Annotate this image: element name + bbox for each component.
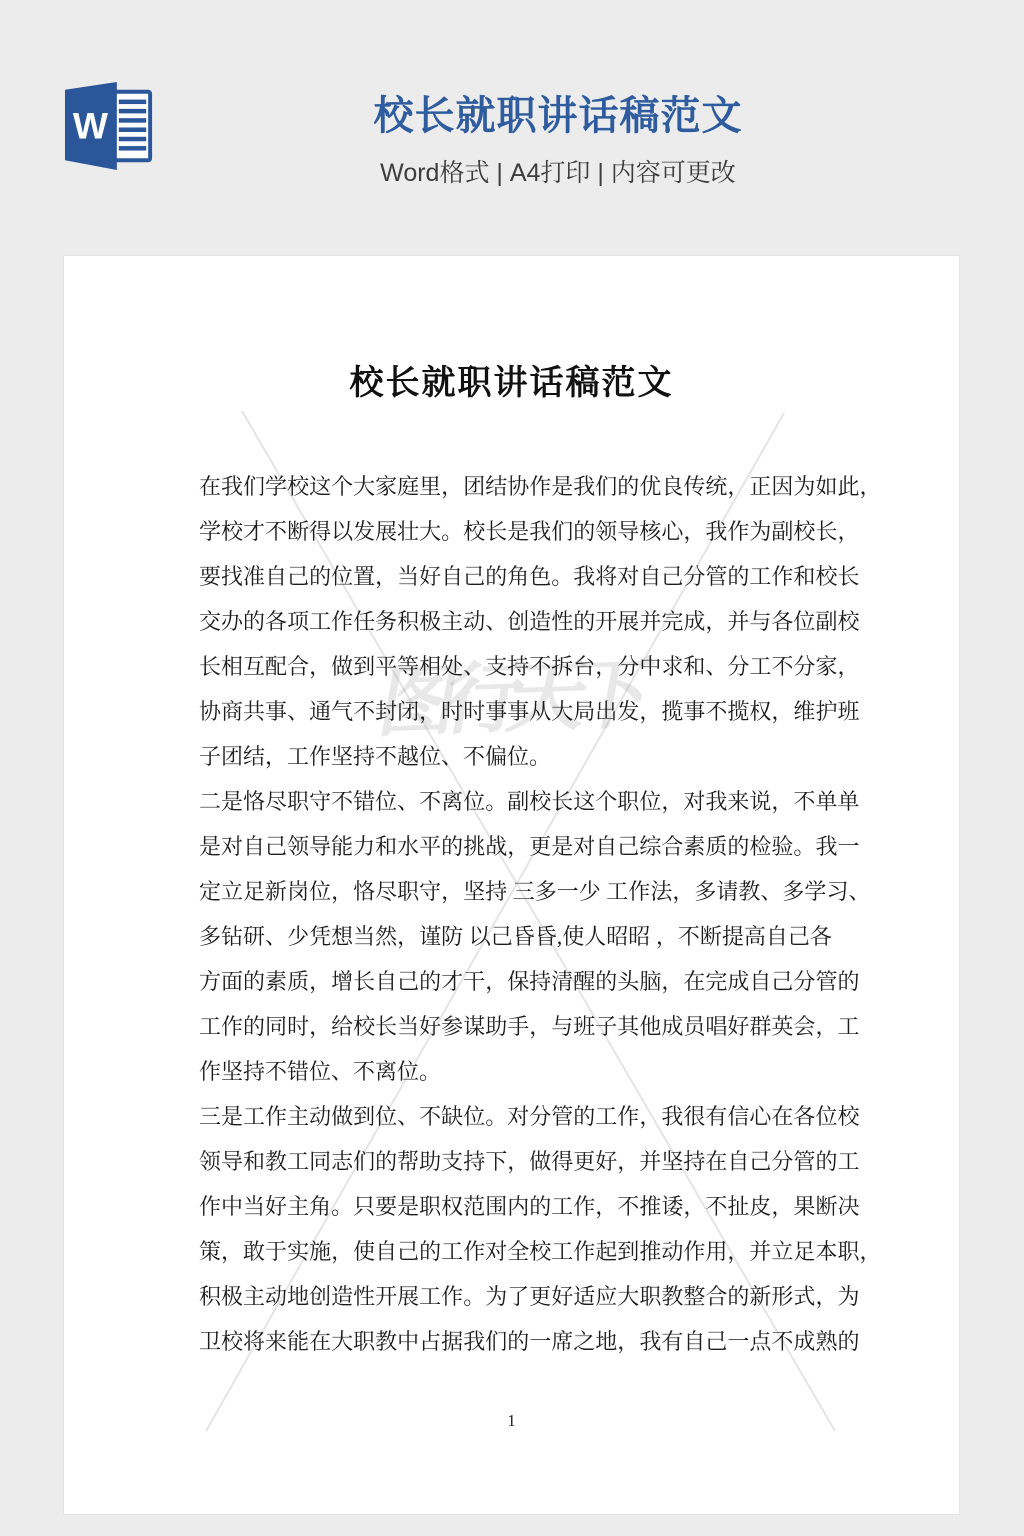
document-text-line: 要找准自己的位置，当好自己的角色。我将对自己分管的工作和校长 [199, 554, 831, 599]
header-text-block: 校长就职讲话稿范文 Word格式 | A4打印 | 内容可更改 [92, 94, 1024, 188]
document-text-line: 定立足新岗位，恪尽职守，坚持 三多一少 工作法，多请教、多学习、 [199, 869, 831, 914]
template-title: 校长就职讲话稿范文 [92, 94, 1024, 138]
document-page: 图行天下 校长就职讲话稿范文 在我们学校这个大家庭里，团结协作是我们的优良传统，… [63, 255, 960, 1515]
document-text-line: 策，敢于实施，使自己的工作对全校工作起到推动作用，并立足本职， [199, 1229, 831, 1274]
template-subtitle: Word格式 | A4打印 | 内容可更改 [92, 158, 1024, 188]
page-number: 1 [64, 1408, 959, 1434]
document-text-line: 卫校将来能在大职教中占据我们的一席之地，我有自己一点不成熟的 [199, 1319, 831, 1364]
site-header: W 校长就职讲话稿范文 Word格式 | A4打印 | 内容可更改 [0, 0, 1024, 255]
document-text-line: 作中当好主角。只要是职权范围内的工作，不推诿，不扯皮，果断决 [199, 1184, 831, 1229]
document-text-line: 积极主动地创造性开展工作。为了更好适应大职教整合的新形式，为 [199, 1274, 831, 1319]
document-text-line: 作坚持不错位、不离位。 [199, 1049, 831, 1094]
document-text-line: 多钻研、少凭想当然，谨防 以己昏昏,使人昭昭 ，不断提高自己各 [199, 914, 831, 959]
document-text-line: 领导和教工同志们的帮助支持下，做得更好，并坚持在自己分管的工 [199, 1139, 831, 1184]
document-text-line: 子团结，工作坚持不越位、不偏位。 [199, 734, 831, 779]
document-text-line: 二是恪尽职守不错位、不离位。副校长这个职位，对我来说，不单单 [199, 779, 831, 824]
document-text-line: 在我们学校这个大家庭里，团结协作是我们的优良传统，正因为如此， [199, 464, 831, 509]
document-lines: 在我们学校这个大家庭里，团结协作是我们的优良传统，正因为如此，学校才不断得以发展… [199, 464, 831, 1364]
document-text-line: 长相互配合，做到平等相处、支持不拆台，分中求和、分工不分家， [199, 644, 831, 689]
document-text-line: 方面的素质，增长自己的才干，保持清醒的头脑，在完成自己分管的 [199, 959, 831, 1004]
document-title: 校长就职讲话稿范文 [64, 360, 959, 408]
document-text-line: 三是工作主动做到位、不缺位。对分管的工作，我很有信心在各位校 [199, 1094, 831, 1139]
document-text-line: 学校才不断得以发展壮大。校长是我们的领导核心，我作为副校长， [199, 509, 831, 554]
document-text-line: 协商共事、通气不封闭，时时事事从大局出发，揽事不揽权，维护班 [199, 689, 831, 734]
document-text-line: 交办的各项工作任务积极主动、创造性的开展并完成，并与各位副校 [199, 599, 831, 644]
document-text-line: 是对自己领导能力和水平的挑战，更是对自己综合素质的检验。我一 [199, 824, 831, 869]
document-text-line: 工作的同时，给校长当好参谋助手，与班子其他成员唱好群英会，工 [199, 1004, 831, 1049]
